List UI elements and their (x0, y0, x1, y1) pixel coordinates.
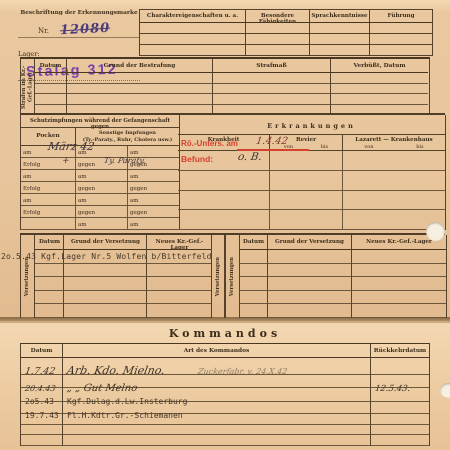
empty-cell (246, 45, 310, 56)
empty-cell (370, 23, 432, 34)
von-label: von (364, 144, 373, 150)
empty-cell (240, 277, 268, 291)
gegen-label: gegen (78, 210, 95, 216)
transfers-right-table: Versetzungen Datum Grund der Versetzung … (224, 235, 447, 318)
hole-punch (440, 383, 450, 398)
empty-cell (268, 264, 352, 278)
am-label: am (78, 198, 87, 204)
empty-cell (35, 84, 67, 95)
traits-col-languages: Sprachkenntnisse (310, 10, 370, 23)
traits-col-conduct: Führung (370, 10, 432, 23)
empty-cell (35, 277, 64, 291)
empty-cell (147, 304, 211, 318)
gegen-label: gegen (130, 210, 147, 216)
befund-stamp: Befund: (181, 154, 213, 164)
empty-cell (310, 45, 370, 56)
punishments-col-served: Verbüßt, Datum (331, 59, 428, 73)
empty-cell (147, 264, 211, 278)
empty-cell (67, 73, 213, 84)
empty-cell (63, 435, 371, 446)
empty-cell (140, 23, 246, 34)
empty-cell (268, 291, 352, 305)
empty-cell (240, 304, 268, 318)
kommando-row-return (371, 402, 429, 414)
transfer-entry-typed: 2o.5.43 Kgf.Lager Nr.5 Wolfen b/Bitterfe… (1, 252, 212, 261)
empty-cell (352, 264, 446, 278)
transfers-left-table: Versetzungen Datum Grund der Versetzung … (20, 235, 226, 318)
empty-cell (35, 291, 64, 305)
kommando-text-handwritten: Arb. Kdo. Mielno. (66, 364, 166, 377)
empty-cell (35, 264, 64, 278)
empty-cell (246, 23, 310, 34)
punishments-side-label: Strafen im Kr.-Gef.-Lager (21, 59, 34, 115)
smallpox-date-handwritten: März 42 (47, 140, 96, 153)
transfers-grid: Datum Grund der Versetzung Neues Kr.-Gef… (240, 235, 446, 318)
am-label: am (130, 174, 139, 180)
empty-cell (63, 425, 371, 435)
empty-cell (371, 425, 429, 435)
erfolg-label: Erfolg (23, 186, 40, 192)
am-label: am (130, 198, 139, 204)
kommando-row-type: Fl.H.Kdtr.Gr.-Schiemanen (63, 402, 371, 414)
transfers-col-date: Datum (35, 235, 64, 250)
lazarett-label: Lazarett — Krankenhaus (343, 137, 445, 143)
empty-cell (352, 291, 446, 305)
traits-table: Charaktereigenschaften u. a. Besondere F… (139, 9, 433, 56)
illnesses-col-hospital: Lazarett — Krankenhaus von bis (343, 135, 445, 150)
other-vaccine-handwritten: Ty. Paraty. (103, 156, 146, 165)
transfers-side-label: Versetzungen (229, 257, 236, 296)
traits-col-abilities: Besondere Fähigkeiten (246, 10, 310, 23)
transfers-grid: Datum Grund der Versetzung Neues Kr.-Gef… (35, 235, 211, 318)
gegen-label: gegen (78, 186, 95, 192)
illnesses-table: Erkrankungen Krankheit Revier von bis La… (178, 115, 446, 230)
transfers-side-label-col: Versetzungen (225, 235, 240, 318)
punishments-grid: Datum Grund der Bestrafung Strafmaß Verb… (35, 59, 429, 115)
vaccinations-subheader: Pocken Sonstige Impfungen (Ty.-Paraty., … (21, 128, 179, 146)
erfolg-label: Erfolg (23, 210, 40, 216)
empty-cell (35, 304, 64, 318)
id-number-row: Nr. 12080 (18, 18, 140, 38)
id-tag-title: Beschriftung der Erkennungsmarke (18, 10, 140, 16)
hole-punch (426, 222, 445, 241)
illness-row (178, 151, 445, 171)
kommando-row-date: 1.7.42 (21, 358, 63, 375)
empty-cell (147, 277, 211, 291)
id-number-handwritten: 12080 (60, 21, 111, 39)
empty-cell (140, 45, 246, 56)
gegen-label: gegen (130, 186, 147, 192)
illnesses-title: Erkrankungen (178, 115, 445, 135)
kommandos-col-date: Datum (21, 344, 63, 358)
kommando-row-date: 19.7.43 (21, 402, 63, 414)
empty-cell (140, 34, 246, 45)
empty-cell (21, 425, 63, 435)
transfers-side-label: Versetzungen (215, 257, 222, 296)
empty-cell (64, 264, 147, 278)
empty-cell (67, 94, 213, 105)
empty-cell (35, 94, 67, 105)
pow-personnel-card: Beschriftung der Erkennungsmarke Nr. 120… (0, 0, 450, 450)
vaccination-row: am am am (21, 146, 179, 158)
transfers-col-reason: Grund der Versetzung (64, 235, 147, 250)
empty-cell (213, 94, 331, 105)
empty-cell (213, 73, 331, 84)
punishments-col-date: Datum (35, 59, 67, 73)
vaccinations-table: Schutzimpfungen während der Gefangenscha… (20, 115, 180, 230)
empty-cell (268, 250, 352, 264)
empty-cell (268, 277, 352, 291)
kommando-row-return: 12.5.43. (371, 375, 429, 388)
transfers-side-label-col: Versetzungen (21, 235, 35, 318)
vaccination-row: am am am (21, 170, 179, 182)
am-label: am (23, 198, 32, 204)
kommandos-table: Datum Art des Kommandos Rückkehrdatum 1.… (20, 343, 430, 446)
am-label: am (23, 174, 32, 180)
befund-result-handwritten: o. B. (237, 151, 263, 163)
empty-cell (63, 414, 371, 425)
kommando-date-handwritten: 1.7.42 (24, 366, 56, 377)
empty-cell (331, 73, 428, 84)
xray-date-handwritten: 1.4.42 (255, 136, 289, 147)
empty-cell (370, 34, 432, 45)
transfers-side-label-col: Versetzungen (211, 235, 225, 318)
kommando-return-handwritten: 12.5.43. (374, 384, 411, 394)
kommando-date-handwritten: 20.4.43 (24, 384, 56, 393)
vaccination-row: Erfolg gegen gegen (21, 182, 179, 194)
vaccination-row: Erfolg gegen gegen (21, 206, 179, 218)
vaccinations-title: Schutzimpfungen während der Gefangenscha… (21, 115, 179, 128)
empty-cell (240, 264, 268, 278)
empty-cell (246, 34, 310, 45)
punishments-col-reason: Grund der Bestrafung (67, 59, 213, 73)
empty-cell (370, 45, 432, 56)
illness-row (178, 171, 445, 191)
empty-cell (240, 250, 268, 264)
vaccination-row: Erfolg gegen gegen (21, 158, 179, 170)
empty-cell (64, 304, 147, 318)
transfers-side-label: Versetzungen (24, 257, 31, 296)
vaccination-row: am am (21, 218, 179, 230)
xray-exam-stamp: Rö.-Unters. am (181, 139, 238, 148)
am-label: am (23, 150, 32, 156)
empty-cell (64, 277, 147, 291)
kommando-note-pencil: Zuckerfabr. v. 24.X.42 (197, 367, 288, 376)
empty-cell (268, 304, 352, 318)
nr-label: Nr. (38, 27, 49, 35)
kommando-text-handwritten: „ „ Gut Melno (66, 383, 138, 394)
empty-cell (64, 291, 147, 305)
empty-cell (213, 84, 331, 95)
empty-cell (310, 23, 370, 34)
empty-cell (310, 34, 370, 45)
empty-cell (240, 291, 268, 305)
gegen-label: gegen (78, 162, 95, 168)
empty-cell (147, 291, 211, 305)
empty-cell (352, 277, 446, 291)
empty-cell (35, 73, 67, 84)
empty-cell (331, 94, 428, 105)
am-label: am (130, 222, 139, 228)
transfers-col-date: Datum (240, 235, 268, 250)
empty-cell (21, 435, 63, 446)
kommandos-title: Kommandos (150, 327, 300, 340)
empty-cell (21, 414, 63, 425)
am-label: am (78, 222, 87, 228)
kommandos-col-return: Rückkehrdatum (371, 344, 429, 358)
bis-label: bis (416, 144, 423, 150)
erfolg-label: Erfolg (23, 162, 40, 168)
punishments-table: Strafen im Kr.-Gef.-Lager Datum Grund de… (20, 57, 430, 115)
vaccination-row: am am am (21, 194, 179, 206)
kommandos-col-type: Art des Kommandos (63, 344, 371, 358)
am-label: am (78, 174, 87, 180)
empty-cell (371, 435, 429, 446)
transfers-col-reason: Grund der Versetzung (268, 235, 352, 250)
bis-label: bis (321, 144, 328, 150)
empty-cell (331, 84, 428, 95)
punishments-side-label-col: Strafen im Kr.-Gef.-Lager (21, 59, 35, 115)
illness-row (178, 191, 445, 211)
illness-row (178, 210, 445, 230)
traits-col-character: Charaktereigenschaften u. a. (140, 10, 246, 23)
empty-cell (67, 84, 213, 95)
empty-cell (371, 414, 429, 425)
kommando-row-return (371, 358, 429, 375)
empty-cell (352, 250, 446, 264)
kommando-row-type: Arb. Kdo. Mielno. Zuckerfabr. v. 24.X.42 (63, 358, 371, 375)
punishments-col-sentence: Strafmaß (213, 59, 331, 73)
transfers-col-newcamp: Neues Kr.-Gef.-Lager (147, 235, 211, 250)
empty-cell (352, 304, 446, 318)
